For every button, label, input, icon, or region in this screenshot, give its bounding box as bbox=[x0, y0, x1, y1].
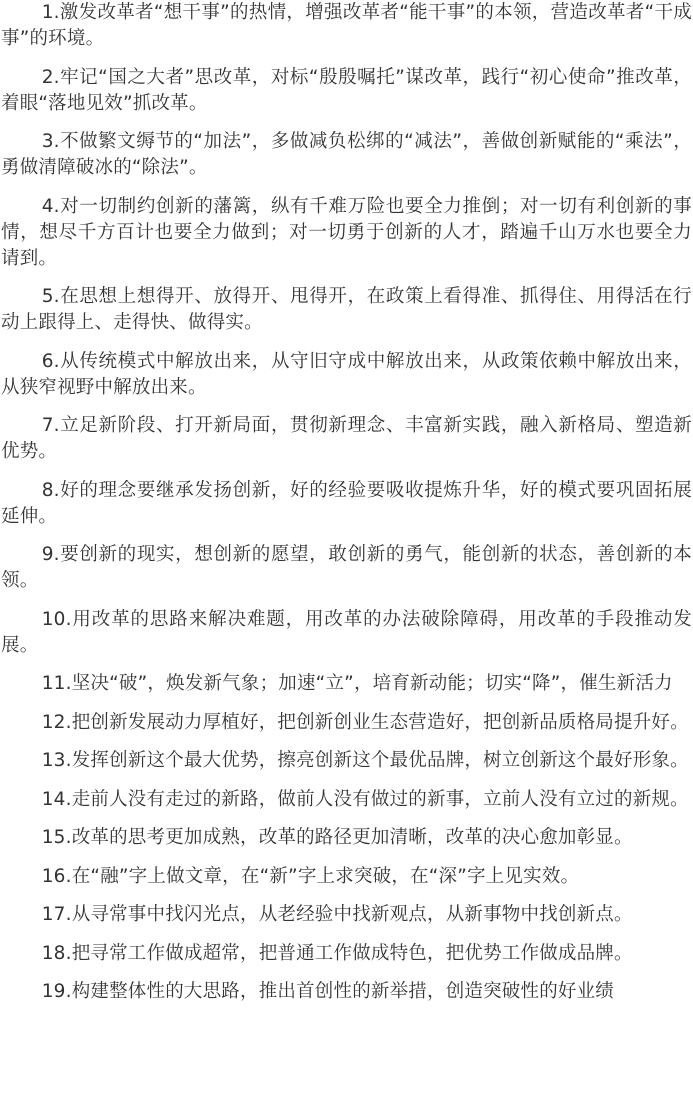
paragraph-1: 1.激发改革者“想干事”的热情，增强改革者“能干事”的本领，营造改革者“干成事”… bbox=[1, 0, 692, 52]
paragraph-3: 3.不做繁文缛节的“加法”，多做减负松绑的“减法”，善做创新赋能的“乘法”，勇做… bbox=[1, 129, 692, 181]
paragraph-17: 17.从寻常事中找闪光点，从老经验中找新观点，从新事物中找创新点。 bbox=[1, 902, 692, 928]
paragraph-10: 10.用改革的思路来解决难题，用改革的办法破除障碍，用改革的手段推动发展。 bbox=[1, 607, 692, 659]
paragraph-19: 19.构建整体性的大思路，推出首创性的新举措，创造突破性的好业绩 bbox=[1, 979, 692, 1005]
paragraph-11: 11.坚决“破”，焕发新气象；加速“立”，培育新动能；切实“降”，催生新活力 bbox=[1, 671, 692, 697]
paragraph-2: 2.牢记“国之大者”思改革，对标“殷殷嘱托”谋改革，践行“初心使命”推改革，着眼… bbox=[1, 65, 692, 117]
paragraph-9: 9.要创新的现实，想创新的愿望，敢创新的勇气，能创新的状态，善创新的本领。 bbox=[1, 542, 692, 594]
paragraph-12: 12.把创新发展动力厚植好，把创新创业生态营造好，把创新品质格局提升好。 bbox=[1, 710, 692, 736]
paragraph-8: 8.好的理念要继承发扬创新，好的经验要吸收提炼升华，好的模式要巩固拓展延伸。 bbox=[1, 478, 692, 530]
paragraph-7: 7.立足新阶段、打开新局面，贯彻新理念、丰富新实践，融入新格局、塑造新优势。 bbox=[1, 413, 692, 465]
paragraph-16: 16.在“融”字上做文章，在“新”字上求突破，在“深”字上见实效。 bbox=[1, 864, 692, 890]
paragraph-14: 14.走前人没有走过的新路，做前人没有做过的新事，立前人没有立过的新规。 bbox=[1, 787, 692, 813]
paragraph-18: 18.把寻常工作做成超常，把普通工作做成特色，把优势工作做成品牌。 bbox=[1, 941, 692, 967]
paragraph-13: 13.发挥创新这个最大优势，擦亮创新这个最优品牌，树立创新这个最好形象。 bbox=[1, 748, 692, 774]
paragraph-6: 6.从传统模式中解放出来，从守旧守成中解放出来，从政策依赖中解放出来，从狭窄视野… bbox=[1, 349, 692, 401]
document-body: 1.激发改革者“想干事”的热情，增强改革者“能干事”的本领，营造改革者“干成事”… bbox=[0, 0, 693, 1018]
paragraph-4: 4.对一切制约创新的藩篱，纵有千难万险也要全力推倒；对一切有利创新的事情，想尽千… bbox=[1, 194, 692, 272]
paragraph-15: 15.改革的思考更加成熟，改革的路径更加清晰，改革的决心愈加彰显。 bbox=[1, 825, 692, 851]
paragraph-5: 5.在思想上想得开、放得开、甩得开，在政策上看得准、抓得住、用得活在行动上跟得上… bbox=[1, 284, 692, 336]
